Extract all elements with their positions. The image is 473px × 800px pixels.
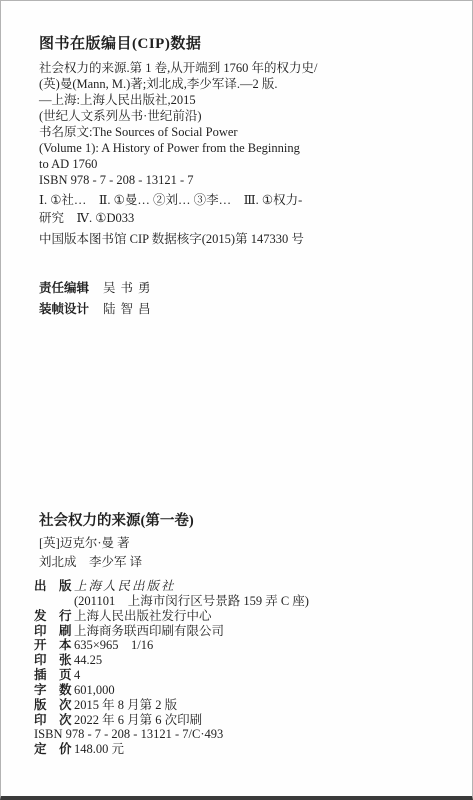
book-title-block: 社会权力的来源(第一卷) [英]迈克尔·曼 著 刘北成 李少军 译 [39,512,194,572]
colophon-label: 发 行 [34,609,71,624]
cip-classification-line: Ⅰ. ①社… Ⅱ. ①曼… ②刘… ③李… Ⅲ. ①权力- [39,191,302,209]
colophon-row-edition: 版 次2015 年 8 月第 2 版 [34,698,309,713]
cip-line: 书名原文:The Sources of Social Power [39,124,317,140]
staff-credits: 责任编辑吴书勇 装帧设计陆智昌 [39,278,156,320]
colophon-row-price: 定 价148.00 元 [34,742,309,757]
cip-isbn-line: ISBN 978 - 7 - 208 - 13121 - 7 [39,172,317,188]
isbn-number: ISBN 978 - 7 - 208 - 13121 - 7/C·493 [34,727,223,741]
colophon-value: 2022 年 6 月第 6 次印刷 [74,713,202,727]
colophon-row-format: 开 本635×965 1/16 [34,638,309,653]
colophon-value: 上海商务联西印刷有限公司 [74,624,224,638]
cip-line: (英)曼(Mann, M.)著;刘北成,李少军译.—2 版. [39,76,317,92]
colophon-value: 44.25 [74,653,102,667]
cip-record-number: 中国版本图书馆 CIP 数据核字(2015)第 147330 号 [39,229,304,247]
colophon-row-publisher: 出 版上海人民出版社 [34,579,309,594]
colophon-label: 版 次 [34,698,71,713]
colophon-label: 印 次 [34,713,71,728]
colophon-label: 印 刷 [34,624,71,639]
colophon-label: 字 数 [34,683,71,698]
colophon-row-address: (201101 上海市闵行区号景路 159 弄 C 座) [34,594,309,609]
cip-line: —上海:上海人民出版社,2015 [39,92,317,108]
cip-classification-line: 研究 Ⅳ. ①D033 [39,209,302,227]
colophon-value: 4 [74,668,80,682]
staff-row: 装帧设计陆智昌 [39,299,156,320]
staff-label: 责任编辑 [39,281,89,295]
book-copyright-page: 图书在版编目(CIP)数据 社会权力的来源.第 1 卷,从开端到 1760 年的… [0,0,473,800]
cip-classification: Ⅰ. ①社… Ⅱ. ①曼… ②刘… ③李… Ⅲ. ①权力- 研究 Ⅳ. ①D03… [39,191,302,227]
colophon-label: 插 页 [34,668,71,683]
colophon-label: 开 本 [34,638,71,653]
colophon-value: 635×965 1/16 [74,638,153,652]
colophon-value: 上海人民出版社发行中心 [74,609,212,623]
cip-line: to AD 1760 [39,156,317,172]
publisher-address: (201101 上海市闵行区号景路 159 弄 C 座) [74,594,309,608]
colophon-value: 2015 年 8 月第 2 版 [74,698,177,712]
cip-header: 图书在版编目(CIP)数据 [39,32,201,53]
colophon-row-distribution: 发 行上海人民出版社发行中心 [34,609,309,624]
book-author: [英]迈克尔·曼 著 [39,534,194,553]
colophon-row-printer: 印 刷上海商务联西印刷有限公司 [34,624,309,639]
cip-body: 社会权力的来源.第 1 卷,从开端到 1760 年的权力史/ (英)曼(Mann… [39,60,317,188]
colophon-row-printing: 印 次2022 年 6 月第 6 次印刷 [34,713,309,728]
colophon-value: 601,000 [74,683,115,697]
cip-line: (Volume 1): A History of Power from the … [39,140,317,156]
colophon-row-wordcount: 字 数601,000 [34,683,309,698]
cip-section-header: 图书在版编目(CIP)数据 [39,32,201,53]
book-translators: 刘北成 李少军 译 [39,553,194,572]
cip-line: 社会权力的来源.第 1 卷,从开端到 1760 年的权力史/ [39,60,317,76]
cip-line: (世纪人文系列丛书·世纪前沿) [39,108,317,124]
colophon-label: 定 价 [34,742,71,757]
colophon-label: 出 版 [34,579,71,594]
staff-row: 责任编辑吴书勇 [39,278,156,299]
colophon-row-inserts: 插 页4 [34,668,309,683]
staff-label: 装帧设计 [39,302,89,316]
price-value: 148.00 元 [74,742,124,756]
colophon-row-sheets: 印 张44.25 [34,653,309,668]
colophon: 出 版上海人民出版社 (201101 上海市闵行区号景路 159 弄 C 座) … [34,579,309,757]
book-title: 社会权力的来源(第一卷) [39,512,194,531]
colophon-row-isbn: ISBN 978 - 7 - 208 - 13121 - 7/C·493 [34,727,309,742]
staff-name: 陆智昌 [103,302,156,316]
publisher-logotype: 上海人民出版社 [74,579,176,593]
colophon-label: 印 张 [34,653,71,668]
staff-name: 吴书勇 [103,281,156,295]
